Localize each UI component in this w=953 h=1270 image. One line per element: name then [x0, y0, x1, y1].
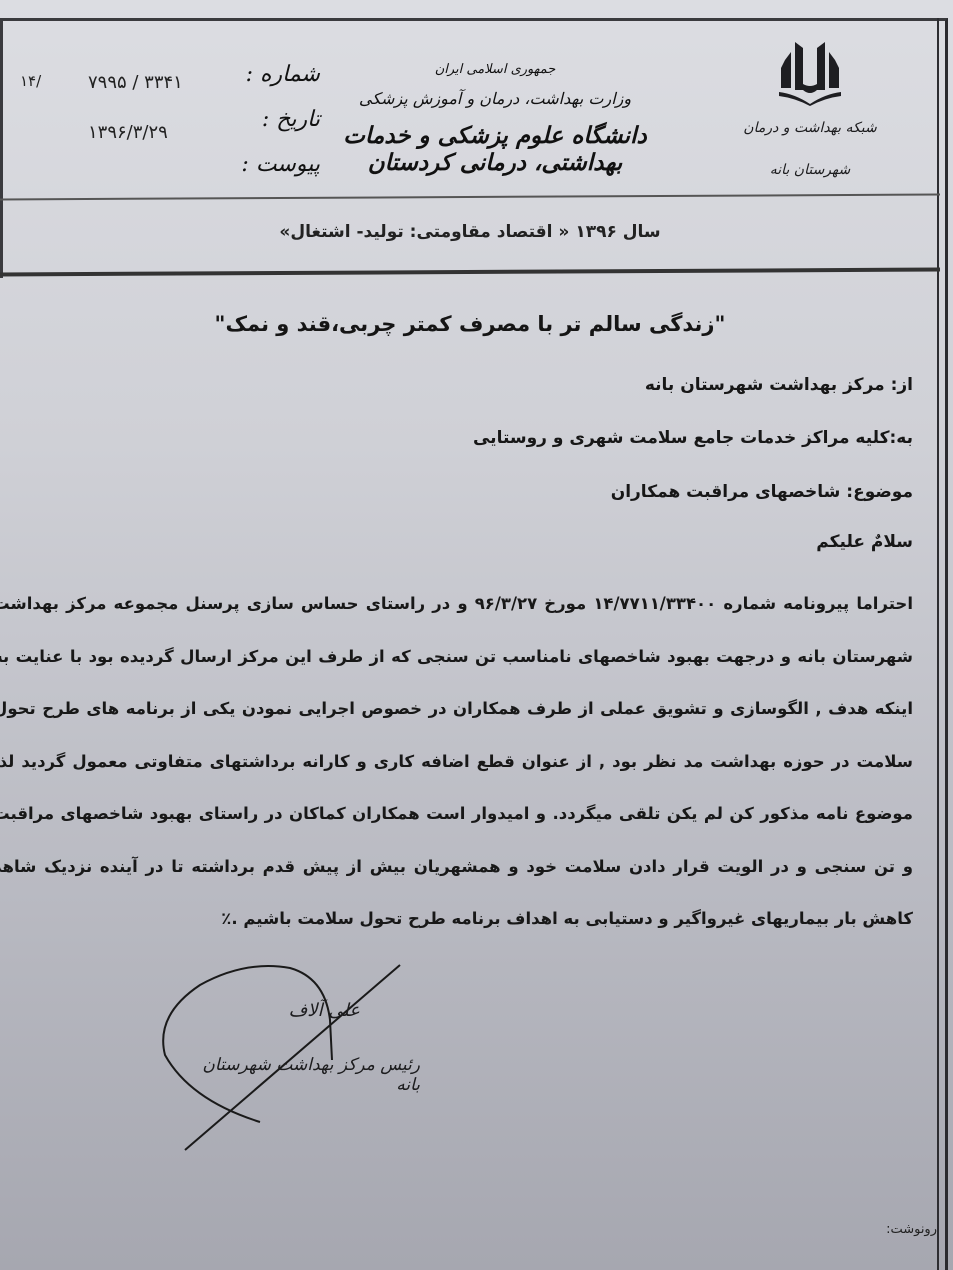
org-line-ministry: وزارت بهداشت، درمان و آموزش پزشکی [315, 89, 675, 108]
organization-title: جمهوری اسلامی ایران وزارت بهداشت، درمان … [315, 62, 675, 176]
logo-county-name: شهرستان بانه [720, 162, 900, 178]
label-date: تاریخ : [235, 107, 320, 152]
signatory-title: رئیس مرکز بهداشت شهرستان بانه [200, 1055, 420, 1095]
carbon-copy-line-cropped [0, 1256, 953, 1270]
org-line-university: دانشگاه علوم پزشکی و خدمات بهداشتی، درما… [315, 122, 675, 176]
label-number: شماره : [235, 62, 320, 107]
network-logo-block: شبکه بهداشت و درمان شهرستان بانه [720, 40, 900, 178]
letter-headline: "زندگی سالم تر با مصرف کمتر چربی،قند و ن… [0, 312, 940, 336]
label-attachment: پیوست : [235, 152, 320, 197]
letter-from: از: مرکز بهداشت شهرستان بانه [213, 375, 913, 395]
logo-network-name: شبکه بهداشت و درمان [720, 120, 900, 136]
letter-date: ۱۳۹۶/۳/۲۹ [88, 122, 168, 143]
letter-greeting: سلامٌ علیکم [213, 532, 913, 552]
reference-labels: شماره : تاریخ : پیوست : [235, 62, 320, 197]
reference-prefix: ۱۴/ [20, 72, 41, 90]
health-network-logo-icon [775, 40, 845, 106]
org-line-republic: جمهوری اسلامی ایران [315, 62, 675, 77]
letter-margin-line [937, 18, 939, 1270]
signature-block: علی آلاف رئیس مرکز بهداشت شهرستان بانه [150, 960, 450, 1160]
signatory-name: علی آلاف [260, 1000, 360, 1021]
letterhead: ۱۴/ ۷۹۹۵ / ۳۳۴۱ ۱۳۹۶/۳/۲۹ شماره : تاریخ … [0, 20, 938, 195]
year-slogan: سال ۱۳۹۶ « اقتصاد مقاومتی: تولید- اشتغال… [0, 222, 940, 242]
letter-to: به:کلیه مراکز خدمات جامع سلامت شهری و رو… [213, 428, 913, 448]
carbon-copy-label: رونوشت: [886, 1222, 937, 1237]
letter-subject: موضوع: شاخصهای مراقبت همکاران [213, 482, 913, 502]
letter-body: احتراما پیرونامه شماره ۱۴/۷۷۱۱/۳۳۴۰۰ مور… [0, 578, 913, 946]
letter-number: ۷۹۹۵ / ۳۳۴۱ [88, 72, 183, 93]
